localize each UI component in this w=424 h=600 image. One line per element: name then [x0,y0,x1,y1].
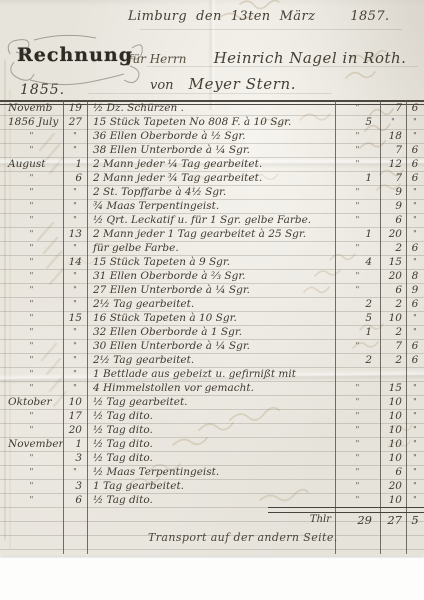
description-cell: ½ Tag dito. [87,409,335,423]
pfennig-cell: 8 [406,269,424,283]
table-row: " " ¾ Maas Terpentingeist. " 9 " [0,199,424,213]
silbergroschen-cell: 2 [380,353,406,367]
thaler-cell: " [335,241,380,255]
silbergroschen-cell: 9 [380,185,406,199]
day-cell: 3 [63,451,87,465]
paper-sheet: Limburg den 13ten März 1857. Rechnung f [0,0,424,556]
thaler-cell: " [335,381,380,395]
silbergroschen-cell: 7 [380,339,406,353]
description-cell: 31 Ellen Oberborde à ⅔ Sgr. [87,269,335,283]
table-row: November 1 ½ Tag dito. " 10 " [0,437,424,451]
description-cell: 32 Ellen Oberborde à 1 Sgr. [87,325,335,339]
thaler-cell: 5 [335,311,380,325]
table-row: " 13 2 Mann jeder 1 Tag gearbeitet à 25 … [0,227,424,241]
thaler-cell: " [335,395,380,409]
dateline-prefix: den [196,9,222,24]
silbergroschen-cell: 6 [380,465,406,479]
pfennig-cell: " [406,451,424,465]
table-row: " " 38 Ellen Unterborde à ¼ Sgr. " 7 6 [0,143,424,157]
silbergroschen-cell [380,367,406,381]
total-silbergroschen: 27 [380,512,406,528]
month-cell: " [0,199,63,213]
table-row: " " ½ Qrt. Leckatif u. für 1 Sgr. gelbe … [0,213,424,227]
silbergroschen-cell: 2 [380,325,406,339]
silbergroschen-cell: 10 [380,409,406,423]
pfennig-cell [406,367,424,381]
month-cell: " [0,241,63,255]
description-cell: 1 Bettlade aus gebeizt u. gefirnißt mit [87,367,335,381]
month-cell: " [0,311,63,325]
description-cell: 2 Mann jeder 1 Tag gearbeitet à 25 Sgr. [87,227,335,241]
invoice-title-block: Rechnung [16,44,134,66]
scanned-invoice-page: Limburg den 13ten März 1857. Rechnung f [0,0,424,600]
table-row: " " 2½ Tag gearbeitet. 2 2 6 [0,353,424,367]
description-cell: 38 Ellen Unterborde à ¼ Sgr. [87,143,335,157]
thaler-cell: 1 [335,227,380,241]
total-label: Thlr [87,512,335,528]
description-cell: 1 Tag gearbeitet. [87,479,335,493]
description-cell: ¾ Maas Terpentingeist. [87,199,335,213]
silbergroschen-cell: 15 [380,381,406,395]
silbergroschen-cell: 15 [380,255,406,269]
pfennig-cell: " [406,423,424,437]
month-cell: 1856 July [0,115,63,129]
month-cell: " [0,325,63,339]
description-cell: 2 Mann jeder ¾ Tag gearbeitet. [87,171,335,185]
description-cell: ½ Tag gearbeitet. [87,395,335,409]
table-row: " 6 ½ Tag dito. " 10 " [0,493,424,507]
thaler-cell: 5 [335,115,380,129]
pfennig-cell: " [406,381,424,395]
month-cell: " [0,283,63,297]
dateline-month: März [280,9,316,24]
pfennig-cell: " [406,395,424,409]
thaler-cell [335,367,380,381]
month-cell: " [0,227,63,241]
month-cell: " [0,185,63,199]
month-cell: " [0,479,63,493]
thaler-cell: 2 [335,353,380,367]
month-cell: " [0,297,63,311]
table-row: " " 2½ Tag gearbeitet. 2 2 6 [0,297,424,311]
month-cell: " [0,213,63,227]
day-cell: " [63,283,87,297]
transport-footer: Transport auf der andern Seite. [148,531,378,544]
month-cell: " [0,255,63,269]
table-row: Novemb 19 ½ Dz. Schürzen . " 7 6 [0,101,424,115]
description-cell: 36 Ellen Oberborde à ½ Sgr. [87,129,335,143]
silbergroschen-cell: 6 [380,283,406,297]
table-row: " " 1 Bettlade aus gebeizt u. gefirnißt … [0,367,424,381]
recipient-line: für Herrn Heinrich Nagel in Roth. [128,48,420,67]
month-cell: " [0,269,63,283]
description-cell: 2½ Tag gearbeitet. [87,353,335,367]
day-cell: " [63,367,87,381]
day-cell: 10 [63,395,87,409]
pfennig-cell: " [406,479,424,493]
day-cell: 19 [63,101,87,115]
description-cell: ½ Tag dito. [87,423,335,437]
thaler-cell: " [335,157,380,171]
pfennig-cell: 6 [406,171,424,185]
description-cell: ½ Maas Terpentingeist. [87,465,335,479]
silbergroschen-cell: 2 [380,297,406,311]
thaler-cell: " [335,283,380,297]
silbergroschen-cell: 20 [380,269,406,283]
day-cell: 20 [63,423,87,437]
pfennig-cell: 6 [406,339,424,353]
day-cell: " [63,143,87,157]
day-cell: 1 [63,437,87,451]
description-cell: 4 Himmelstollen vor gemacht. [87,381,335,395]
day-cell: 6 [63,171,87,185]
table-row: " 15 16 Stück Tapeten à 10 Sgr. 5 10 " [0,311,424,325]
description-cell: für gelbe Farbe. [87,241,335,255]
pfennig-cell: 6 [406,353,424,367]
description-cell: 2 St. Topffarbe à 4½ Sgr. [87,185,335,199]
table-row: " " für gelbe Farbe. " 2 6 [0,241,424,255]
thaler-cell: " [335,465,380,479]
thaler-cell: 2 [335,297,380,311]
pfennig-cell: " [406,129,424,143]
pfennig-cell: 6 [406,143,424,157]
day-cell: 27 [63,115,87,129]
ledger-rows: Novemb 19 ½ Dz. Schürzen . " 7 6 1856 Ju… [0,101,424,507]
pfennig-cell: " [406,213,424,227]
day-cell: " [63,269,87,283]
total-pfennig: 5 [406,512,424,528]
month-cell: " [0,339,63,353]
day-cell: " [63,185,87,199]
month-cell: " [0,129,63,143]
description-cell: ½ Tag dito. [87,451,335,465]
silbergroschen-cell: 7 [380,171,406,185]
recipient-name: Heinrich Nagel in Roth. [214,49,407,67]
day-cell: " [63,213,87,227]
silbergroschen-cell: 18 [380,129,406,143]
pfennig-cell: 6 [406,101,424,115]
table-row: " " 27 Ellen Unterborde à ¼ Sgr. " 6 9 [0,283,424,297]
month-cell: November [0,437,63,451]
dateline-day: 13ten [231,9,271,24]
day-cell: " [63,199,87,213]
table-row: " " 32 Ellen Oberborde à 1 Sgr. 1 2 " [0,325,424,339]
day-cell: 1 [63,157,87,171]
description-cell: 30 Ellen Unterborde à ¼ Sgr. [87,339,335,353]
month-cell: Oktober [0,395,63,409]
silbergroschen-cell: 10 [380,395,406,409]
description-cell: 2½ Tag gearbeitet. [87,297,335,311]
silbergroschen-cell: 12 [380,157,406,171]
thaler-cell: " [335,409,380,423]
description-cell: 2 Mann jeder ¼ Tag gearbeitet. [87,157,335,171]
thaler-cell: " [335,143,380,157]
silbergroschen-cell: 10 [380,423,406,437]
printed-rule [140,29,402,30]
description-cell: 15 Stück Tapeten à 9 Sgr. [87,255,335,269]
silbergroschen-cell: 20 [380,227,406,241]
day-cell: " [63,129,87,143]
pfennig-cell: 6 [406,297,424,311]
table-row: " " 2 St. Topffarbe à 4½ Sgr. " 9 " [0,185,424,199]
table-row: " 6 2 Mann jeder ¾ Tag gearbeitet. 1 7 6 [0,171,424,185]
total-row: Thlr 29 27 5 [0,512,424,528]
thaler-cell: " [335,451,380,465]
pfennig-cell: " [406,115,424,129]
thaler-cell: " [335,129,380,143]
table-row: " " 4 Himmelstollen vor gemacht. " 15 " [0,381,424,395]
month-cell: " [0,143,63,157]
thaler-cell: " [335,101,380,115]
day-cell: " [63,297,87,311]
pfennig-cell: " [406,325,424,339]
thaler-cell: 1 [335,171,380,185]
month-cell: " [0,381,63,395]
pfennig-cell: " [406,255,424,269]
silbergroschen-cell: 7 [380,143,406,157]
pfennig-cell: 6 [406,241,424,255]
thaler-cell: " [335,269,380,283]
pfennig-cell: " [406,311,424,325]
thaler-cell: " [335,199,380,213]
day-cell: " [63,325,87,339]
printed-rule [88,93,332,94]
month-cell: " [0,493,63,507]
pfennig-cell: " [406,437,424,451]
table-row: " 20 ½ Tag dito. " 10 " [0,423,424,437]
pfennig-cell: 9 [406,283,424,297]
description-cell: 16 Stück Tapeten à 10 Sgr. [87,311,335,325]
silbergroschen-cell: 10 [380,311,406,325]
month-cell: " [0,423,63,437]
month-cell: August [0,157,63,171]
thaler-cell: 4 [335,255,380,269]
month-cell: " [0,465,63,479]
silbergroschen-cell: 6 [380,213,406,227]
silbergroschen-cell: 10 [380,451,406,465]
description-cell: ½ Dz. Schürzen . [87,101,335,115]
issuer-line: von Meyer Stern. [150,74,390,93]
day-cell: " [63,353,87,367]
table-row: " 3 ½ Tag dito. " 10 " [0,451,424,465]
thaler-cell: 1 [335,325,380,339]
thaler-cell: " [335,213,380,227]
dateline: Limburg den 13ten März 1857. [128,9,418,24]
table-row: " " 36 Ellen Oberborde à ½ Sgr. " 18 " [0,129,424,143]
day-cell: 15 [63,311,87,325]
month-cell: " [0,353,63,367]
table-row: 1856 July 27 15 Stück Tapeten No 808 F. … [0,115,424,129]
month-cell: " [0,409,63,423]
dateline-year: 1857. [350,9,389,24]
pfennig-cell: " [406,199,424,213]
pfennig-cell: " [406,409,424,423]
table-row: " " 30 Ellen Unterborde à ¼ Sgr. " 7 6 [0,339,424,353]
month-cell: " [0,367,63,381]
month-cell: " [0,451,63,465]
day-cell: 17 [63,409,87,423]
thaler-cell: " [335,437,380,451]
thaler-cell: " [335,479,380,493]
silbergroschen-cell: 9 [380,199,406,213]
description-cell: 27 Ellen Unterborde à ¼ Sgr. [87,283,335,297]
month-cell: Novemb [0,101,63,115]
pfennig-cell: " [406,185,424,199]
day-cell: " [63,241,87,255]
dateline-place: Limburg [128,9,187,24]
table-row: Oktober 10 ½ Tag gearbeitet. " 10 " [0,395,424,409]
table-row: " " ½ Maas Terpentingeist. " 6 " [0,465,424,479]
silbergroschen-cell: 20 [380,479,406,493]
day-cell: 13 [63,227,87,241]
silbergroschen-cell: 2 [380,241,406,255]
silbergroschen-cell: " [380,115,406,129]
table-row: " 17 ½ Tag dito. " 10 " [0,409,424,423]
day-cell: " [63,465,87,479]
day-cell: 14 [63,255,87,269]
table-row: August 1 2 Mann jeder ¼ Tag gearbeitet. … [0,157,424,171]
thaler-cell: " [335,493,380,507]
description-cell: 15 Stück Tapeten No 808 F. à 10 Sgr. [87,115,335,129]
day-cell: " [63,339,87,353]
pfennig-cell: 6 [406,157,424,171]
thaler-cell: " [335,423,380,437]
day-cell: 3 [63,479,87,493]
pfennig-cell: " [406,493,424,507]
description-cell: ½ Qrt. Leckatif u. für 1 Sgr. gelbe Farb… [87,213,335,227]
table-row: " " 31 Ellen Oberborde à ⅔ Sgr. " 20 8 [0,269,424,283]
issuer-name: Meyer Stern. [189,75,297,93]
description-cell: ½ Tag dito. [87,437,335,451]
day-cell: 6 [63,493,87,507]
month-cell: " [0,171,63,185]
invoice-title: Rechnung [17,44,133,66]
total-thaler: 29 [335,512,380,528]
silbergroschen-cell: 10 [380,493,406,507]
thaler-cell: " [335,185,380,199]
thaler-cell: " [335,339,380,353]
table-row: " 3 1 Tag gearbeitet. " 20 " [0,479,424,493]
silbergroschen-cell: 7 [380,101,406,115]
table-row: " 14 15 Stück Tapeten à 9 Sgr. 4 15 " [0,255,424,269]
day-cell: " [63,381,87,395]
description-cell: ½ Tag dito. [87,493,335,507]
printed-rule [146,66,418,67]
pfennig-cell: " [406,227,424,241]
issuer-prefix: von [150,78,174,93]
pfennig-cell: " [406,465,424,479]
silbergroschen-cell: 10 [380,437,406,451]
